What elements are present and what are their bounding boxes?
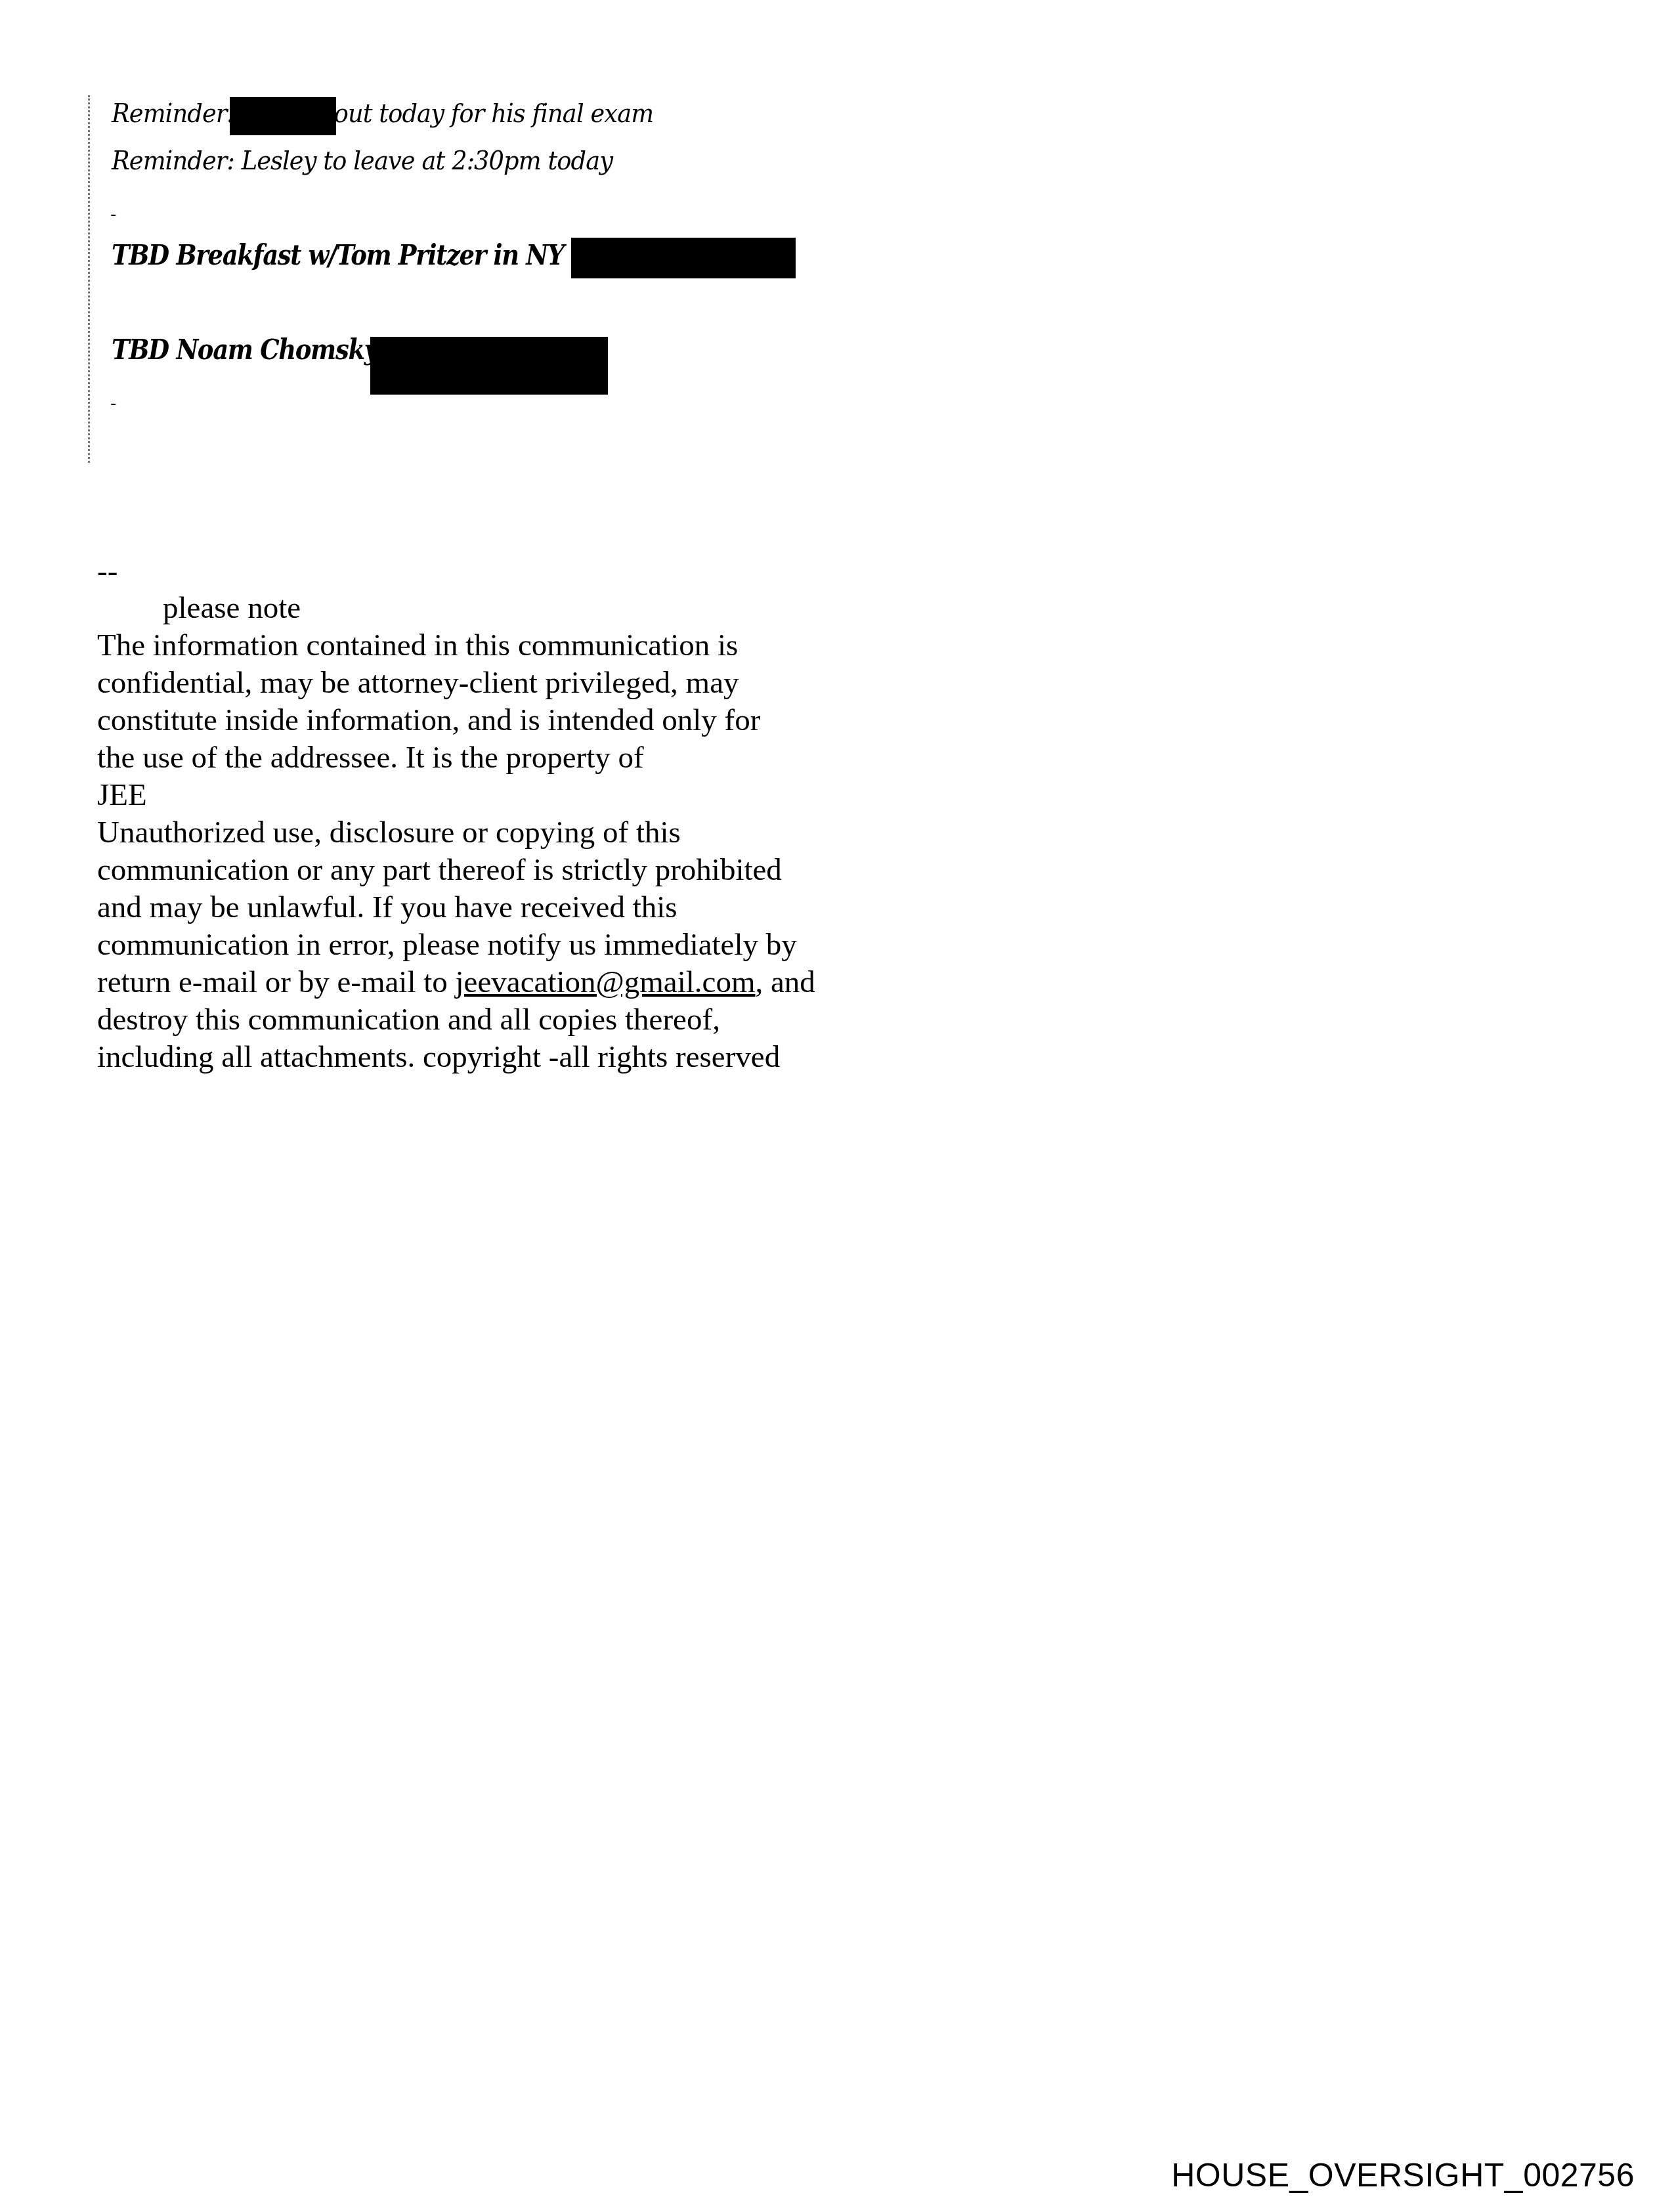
quoted-block-border [88, 95, 90, 463]
event-noam-chomsky: TBD Noam Chomsky [112, 334, 377, 366]
disclaimer-line: communication in error, please notify us… [97, 926, 815, 964]
disclaimer-line: Unauthorized use, disclosure or copying … [97, 814, 815, 852]
please-note: please note [163, 590, 301, 627]
redaction-box [571, 238, 796, 278]
disclaimer-line: confidential, may be attorney-client pri… [97, 664, 815, 702]
reminder-1: Reminder:out today for his final exam [112, 98, 653, 129]
confidentiality-disclaimer: The information contained in this commun… [97, 627, 815, 1076]
bates-number: HOUSE_OVERSIGHT_002756 [1171, 2156, 1635, 2194]
email-line-after: , and [756, 965, 815, 999]
disclaimer-line: including all attachments. copyright -al… [97, 1039, 815, 1076]
signature-separator: -- [97, 553, 118, 590]
email-line-before: return e-mail or by e-mail to [97, 965, 456, 999]
disclaimer-line: and may be unlawful. If you have receive… [97, 889, 815, 926]
disclaimer-line-email: return e-mail or by e-mail to jeevacatio… [97, 964, 815, 1001]
event-breakfast-pritzer: TBD Breakfast w/Tom Pritzer in NY [112, 239, 564, 271]
disclaimer-line: the use of the addressee. It is the prop… [97, 739, 815, 777]
disclaimer-line: JEE [97, 777, 815, 814]
disclaimer-line: destroy this communication and all copie… [97, 1001, 815, 1039]
disclaimer-line: constitute inside information, and is in… [97, 702, 815, 739]
dash-separator: - [110, 205, 116, 225]
dash-separator: - [110, 394, 116, 414]
reminder-1-prefix: Reminder: [112, 98, 234, 129]
redaction-box [230, 97, 336, 135]
disclaimer-line: communication or any part thereof is str… [97, 852, 815, 889]
reminder-2: Reminder: Lesley to leave at 2:30pm toda… [112, 146, 612, 176]
disclaimer-line: The information contained in this commun… [97, 627, 815, 664]
reminder-1-suffix: out today for his final exam [334, 98, 653, 129]
redaction-box [370, 337, 608, 395]
email-link[interactable]: jeevacation@gmail.com [456, 965, 756, 999]
